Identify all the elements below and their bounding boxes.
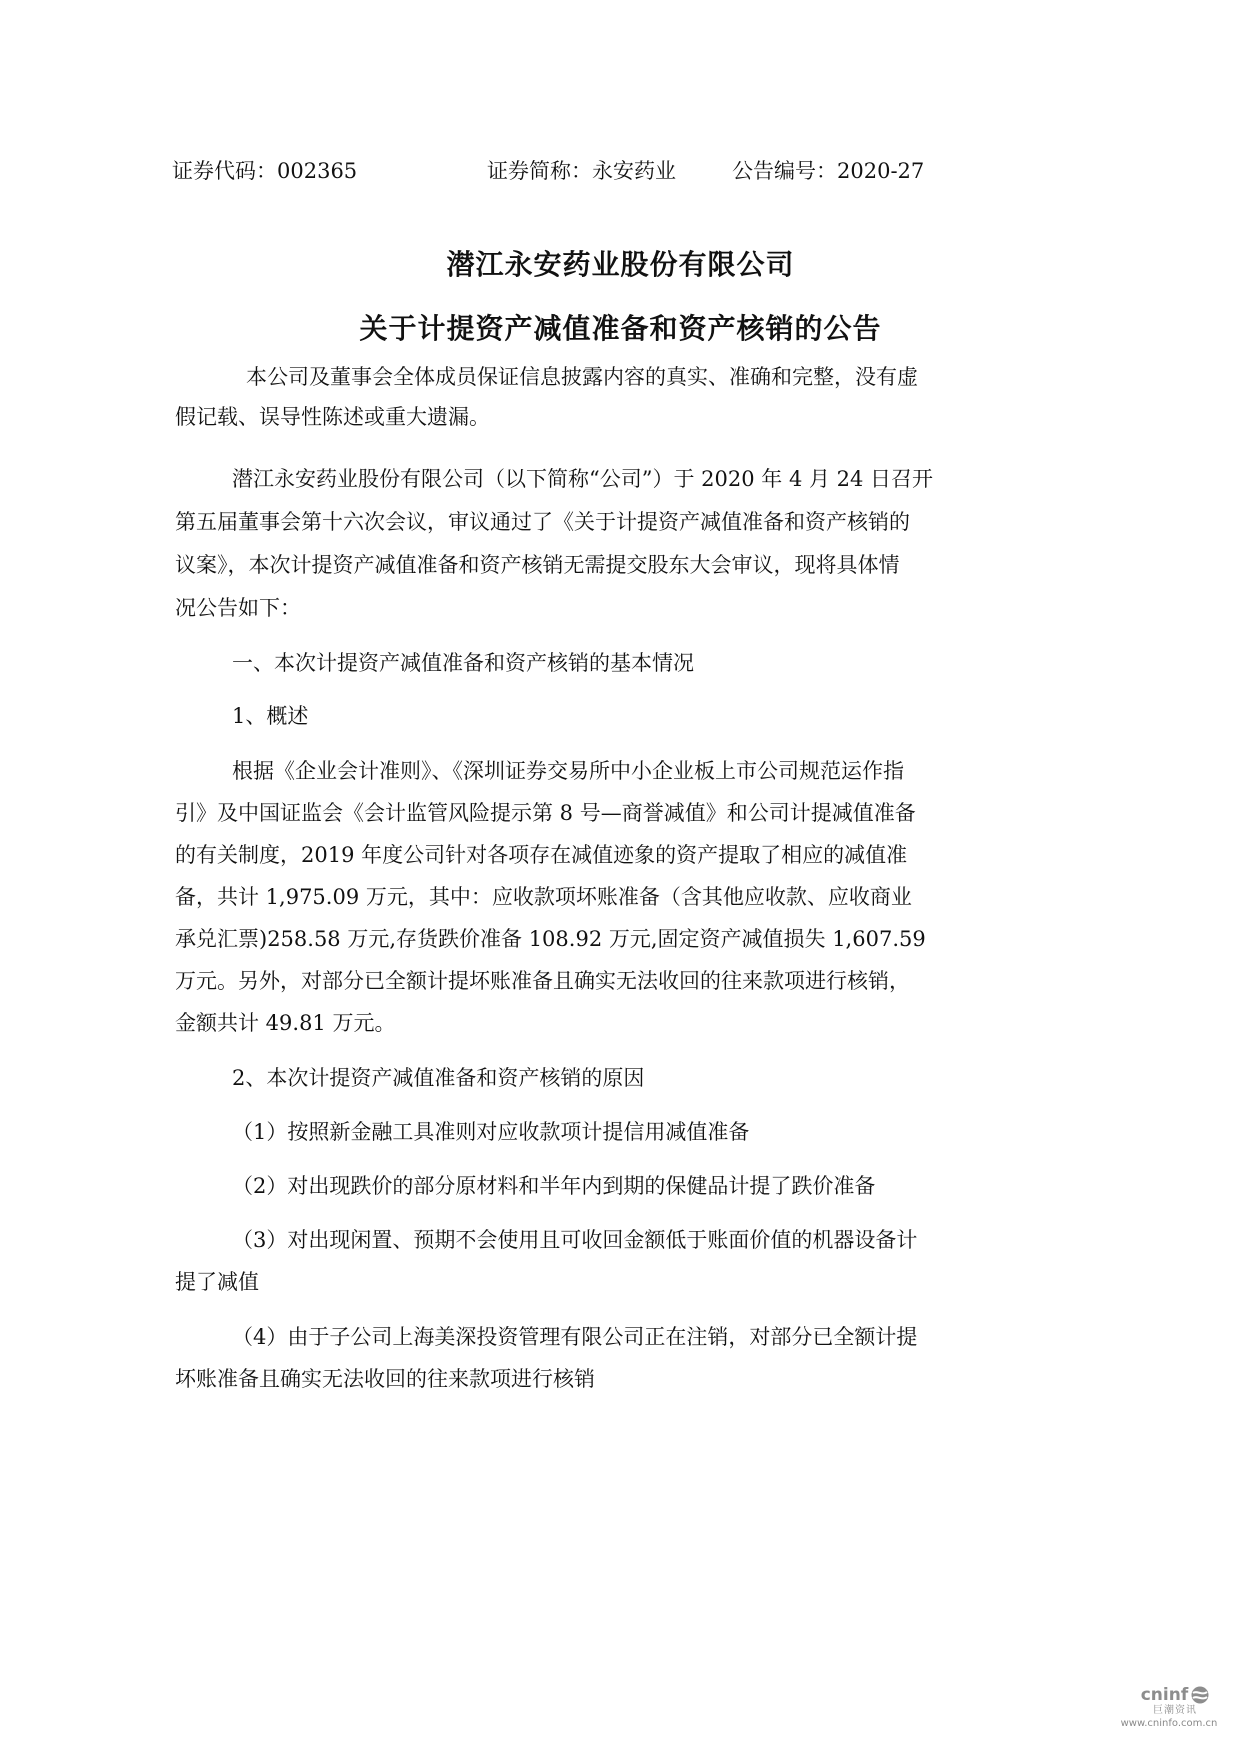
reason-1: （1）按照新金融工具准则对应收款项计提信用减值准备 [232,1117,749,1147]
reason-2: （2）对出现跌价的部分原材料和半年内到期的保健品计提了跌价准备 [232,1171,875,1201]
cninfo-chinese-name: 巨潮资讯 [1120,1704,1230,1717]
disclaimer-line-1: 本公司及董事会全体成员保证信息披露内容的真实、准确和完整，没有虚 [246,362,918,392]
notice-number: 公告编号：2020-27 [732,156,924,186]
overview-line-5: 承兑汇票)258.58 万元,存货跌价准备 108.92 万元,固定资产减值损失… [175,924,926,954]
notice-title: 关于计提资产减值准备和资产核销的公告 [0,309,1241,349]
cninfo-logo-text: cninf [1141,1686,1189,1704]
cninfo-watermark: cninf 巨潮资讯 www.cninfo.com.cn [1120,1686,1230,1730]
reason-3-line-2: 提了减值 [175,1267,259,1297]
document-header: 证券代码：002365 证券简称：永安药业 公告编号：2020-27 [172,156,952,186]
intro-line-2: 第五届董事会第十六次会议，审议通过了《关于计提资产减值准备和资产核销的 [175,507,910,537]
company-title: 潜江永安药业股份有限公司 [0,245,1241,285]
subsection-1-heading: 1、概述 [232,701,308,731]
overview-line-3: 的有关制度，2019 年度公司针对各项存在减值迹象的资产提取了相应的减值准 [175,840,907,870]
overview-line-6: 万元。另外，对部分已全额计提坏账准备且确实无法收回的往来款项进行核销， [175,966,910,996]
intro-line-3: 议案》，本次计提资产减值准备和资产核销无需提交股东大会审议，现将具体情 [175,550,900,580]
section-1-heading: 一、本次计提资产减值准备和资产核销的基本情况 [232,648,694,678]
overview-line-2: 引》及中国证监会《会计监管风险提示第 8 号—商誉减值》和公司计提减值准备 [175,798,916,828]
overview-line-7: 金额共计 49.81 万元。 [175,1008,395,1038]
reason-3-line-1: （3）对出现闲置、预期不会使用且可收回金额低于账面价值的机器设备计 [232,1225,917,1255]
reason-4-line-1: （4）由于子公司上海美深投资管理有限公司正在注销，对部分已全额计提 [232,1322,917,1352]
subsection-2-heading: 2、本次计提资产减值准备和资产核销的原因 [232,1063,644,1093]
cninfo-url: www.cninfo.com.cn [1108,1717,1230,1730]
cninfo-swoosh-icon [1191,1686,1209,1704]
document-page: 证券代码：002365 证券简称：永安药业 公告编号：2020-27 潜江永安药… [0,0,1241,1754]
overview-line-1: 根据《企业会计准则》、《深圳证券交易所中小企业板上市公司规范运作指 [232,756,904,786]
stock-abbreviation: 证券简称：永安药业 [487,156,676,186]
disclaimer-line-2: 假记载、误导性陈述或重大遗漏。 [175,402,490,432]
stock-code: 证券代码：002365 [172,156,357,186]
intro-line-4: 况公告如下： [175,593,301,623]
cninfo-logo: cninf [1120,1686,1230,1704]
overview-line-4: 备，共计 1,975.09 万元，其中：应收款项坏账准备（含其他应收款、应收商业 [175,882,912,912]
reason-4-line-2: 坏账准备且确实无法收回的往来款项进行核销 [175,1364,595,1394]
intro-line-1: 潜江永安药业股份有限公司（以下简称“公司”）于 2020 年 4 月 24 日召… [232,464,933,494]
